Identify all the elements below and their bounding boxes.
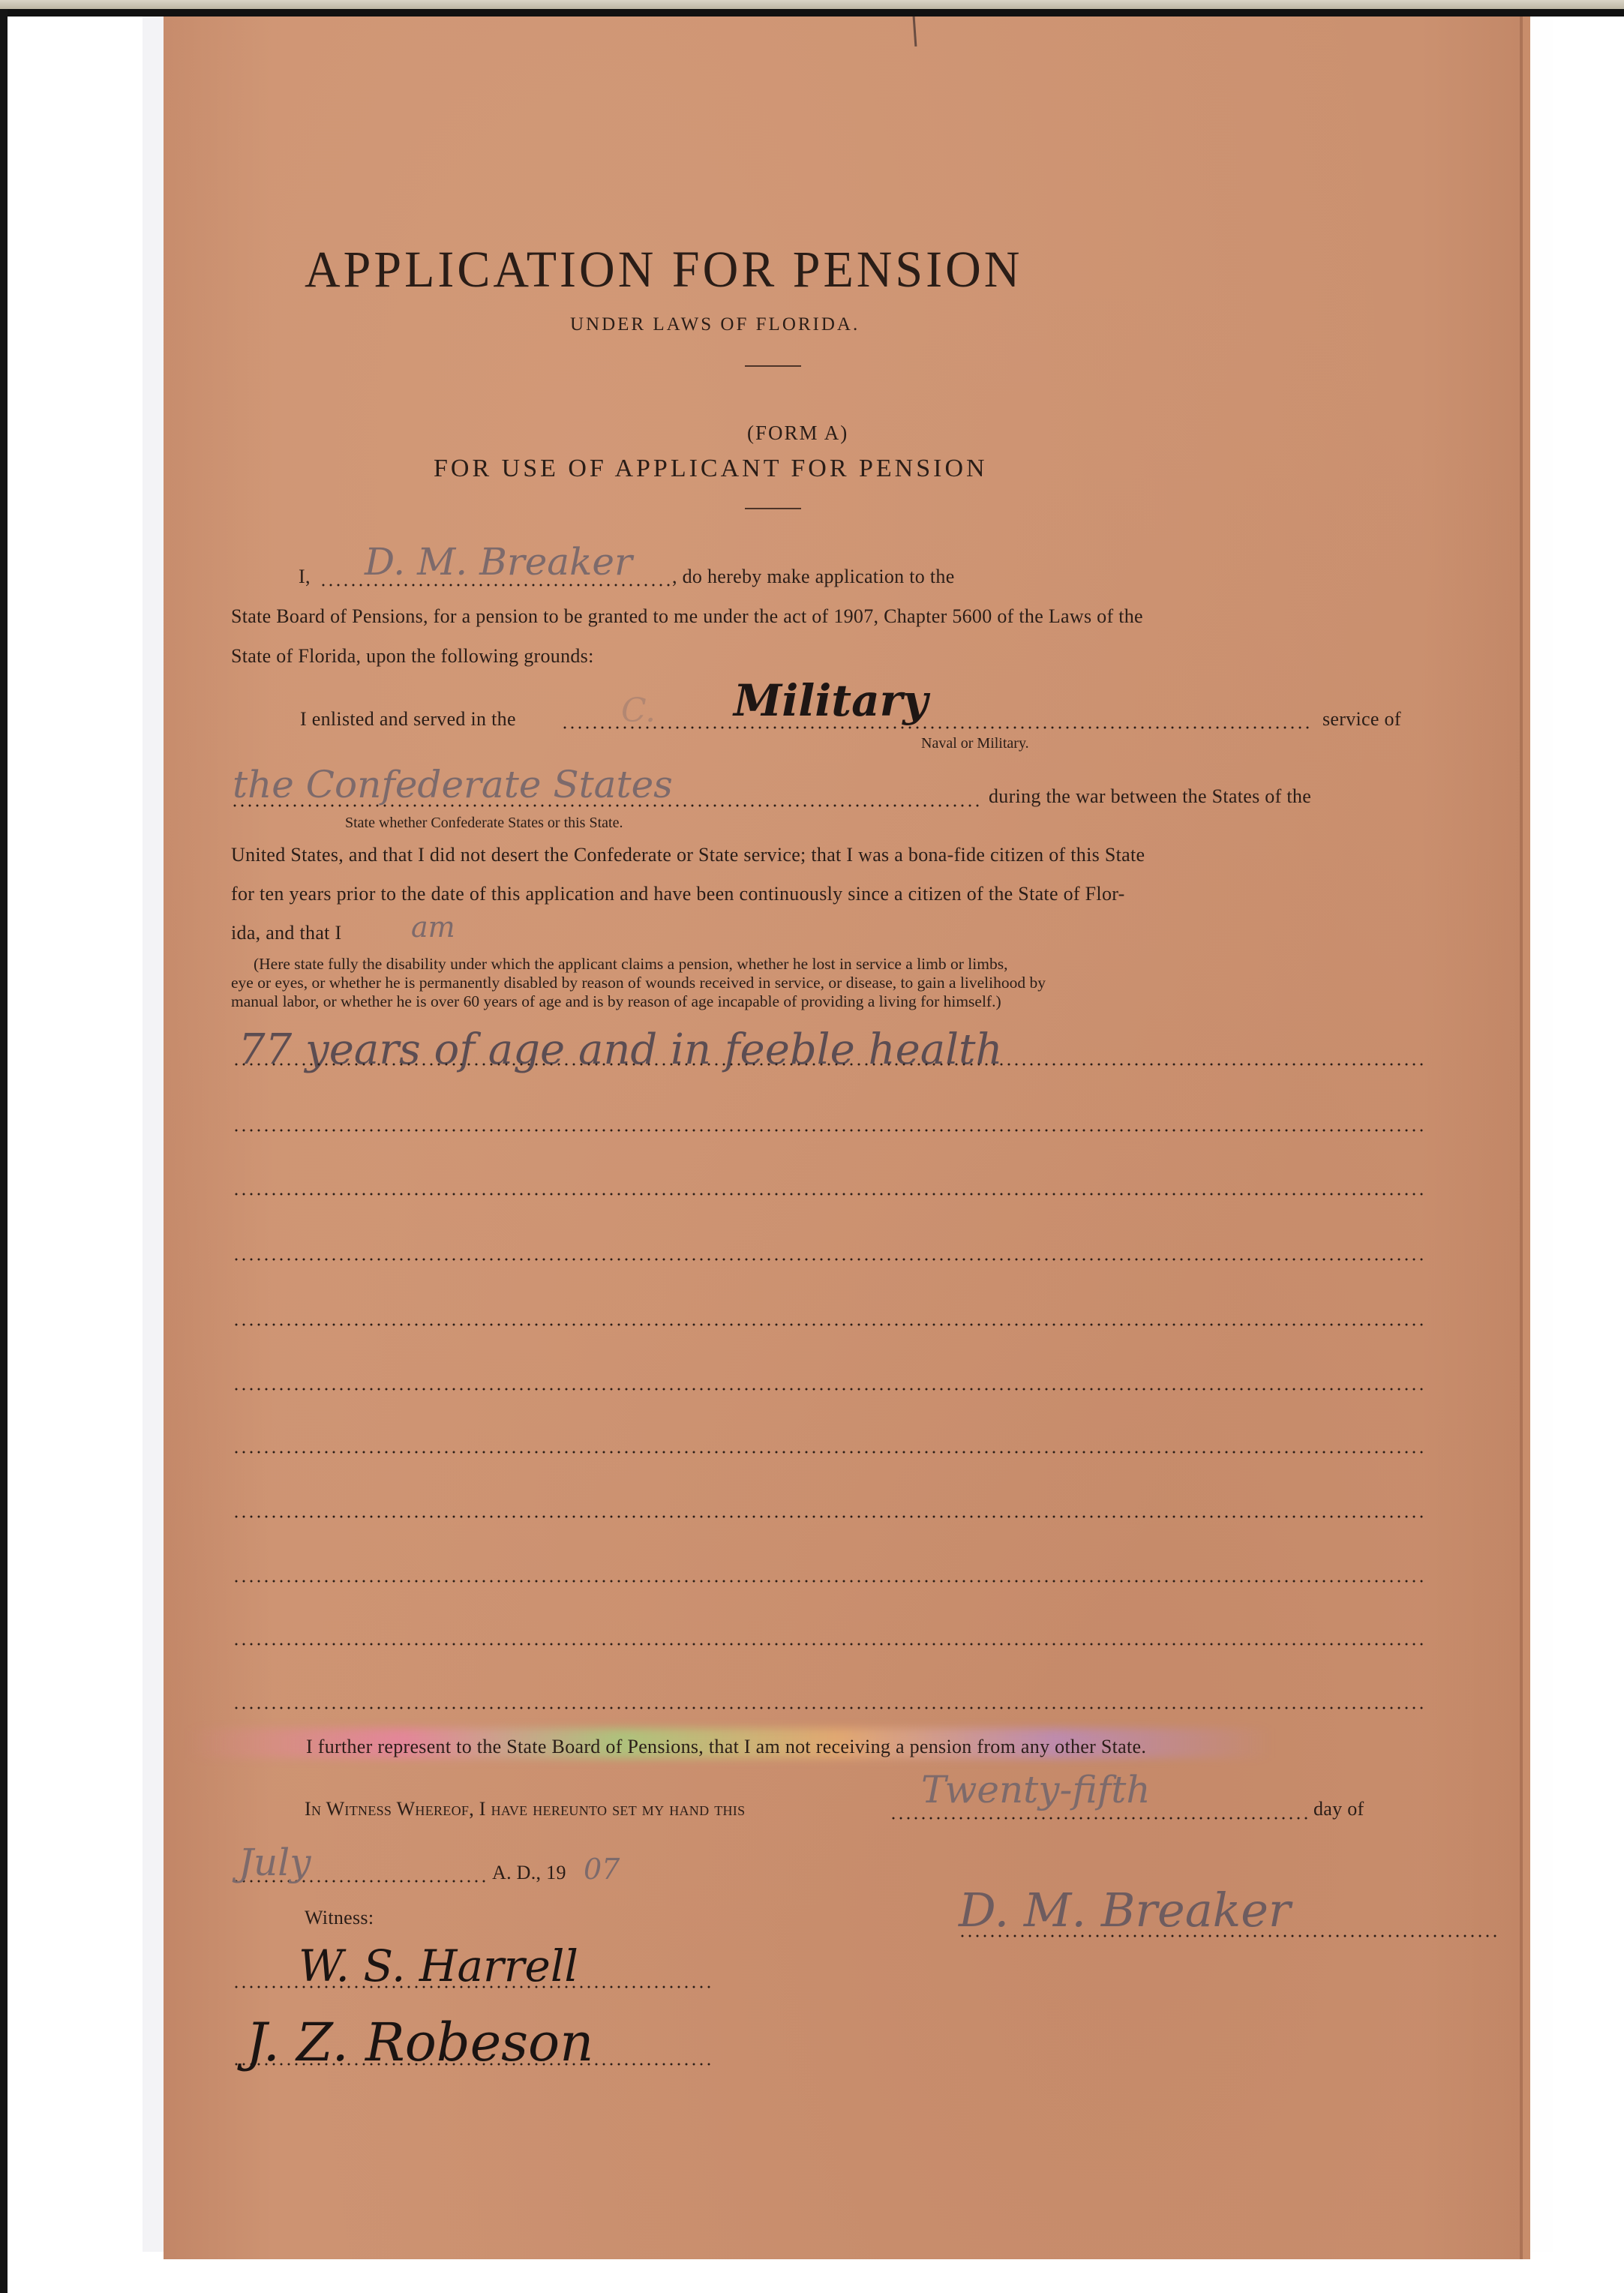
service-type-line xyxy=(561,726,1311,729)
paragraph-line: State Board of Pensions, for a pension t… xyxy=(231,605,1143,628)
declaration-line: ida, and that I xyxy=(231,922,341,944)
witness-signature[interactable]: J. Z. Robeson xyxy=(246,2012,593,2073)
page-subtitle: UNDER LAWS OF FLORIDA. xyxy=(570,314,860,335)
day-field[interactable]: Twenty-fifth xyxy=(921,1768,1151,1811)
blank-line[interactable] xyxy=(233,1388,1425,1391)
year-prefix: A. D., 19 xyxy=(492,1862,566,1884)
service-type-hint: Naval or Military. xyxy=(921,735,1029,752)
service-suffix: service of xyxy=(1322,708,1401,731)
scanner-top-edge xyxy=(0,0,1624,9)
declaration-line: for ten years prior to the date of this … xyxy=(231,883,1125,905)
day-suffix: day of xyxy=(1313,1798,1364,1820)
year-field[interactable]: 07 xyxy=(584,1853,620,1886)
paragraph-line: State of Florida, upon the following gro… xyxy=(231,645,594,668)
blank-line[interactable] xyxy=(233,1323,1425,1326)
pension-application-form: APPLICATION FOR PENSION UNDER LAWS OF FL… xyxy=(164,17,1530,2259)
representation-statement: I further represent to the State Board o… xyxy=(306,1736,1146,1758)
ornament-rule xyxy=(745,365,801,367)
blank-line[interactable] xyxy=(233,1706,1425,1709)
blank-line[interactable] xyxy=(233,1258,1425,1261)
struck-text: C. xyxy=(621,692,656,730)
condition-field[interactable]: am xyxy=(411,911,455,944)
statement-line xyxy=(233,1063,1425,1066)
form-purpose-heading: FOR USE OF APPLICANT FOR PENSION xyxy=(434,455,988,483)
day-line xyxy=(890,1817,1310,1820)
instruction-line: (Here state fully the disability under w… xyxy=(254,954,1007,974)
month-field[interactable]: July xyxy=(239,1841,311,1884)
blank-line[interactable] xyxy=(233,1515,1425,1518)
declaration-line: United States, and that I did not desert… xyxy=(231,844,1145,866)
scanner-top-bar xyxy=(0,9,1624,17)
ornament-rule-2 xyxy=(745,508,801,509)
applicant-name-field[interactable]: D. M. Breaker xyxy=(365,540,632,584)
instruction-line: eye or eyes, or whether he is permanentl… xyxy=(231,973,1046,992)
applicant-name-line xyxy=(320,584,672,587)
paper-right-flap xyxy=(1523,17,1530,2259)
scanner-left-bar xyxy=(0,9,8,2293)
blank-line[interactable] xyxy=(233,1580,1425,1583)
instruction-line: manual labor, or whether he is over 60 y… xyxy=(231,992,1001,1011)
applicant-signature[interactable]: D. M. Breaker xyxy=(959,1883,1291,1937)
blank-line[interactable] xyxy=(233,1129,1425,1132)
page-title: APPLICATION FOR PENSION xyxy=(305,240,1022,300)
witness-clause: In Witness Whereof, I have hereunto set … xyxy=(305,1798,745,1820)
service-of-hint: State whether Confederate States or this… xyxy=(345,815,623,832)
blank-line[interactable] xyxy=(233,1643,1425,1646)
disability-statement-field[interactable]: 77 years of age and in feeble health xyxy=(239,1025,1003,1074)
service-of-suffix: during the war between the States of the xyxy=(989,785,1311,808)
blank-line[interactable] xyxy=(233,1451,1425,1454)
blank-line[interactable] xyxy=(233,1193,1425,1196)
service-of-field[interactable]: the Confederate States xyxy=(233,763,673,806)
service-prefix: I enlisted and served in the xyxy=(300,708,516,731)
witness-signature[interactable]: W. S. Harrell xyxy=(299,1940,578,1991)
witness-label: Witness: xyxy=(305,1907,374,1929)
service-type-field[interactable]: Military xyxy=(734,675,928,726)
applicant-prefix: I, xyxy=(299,566,311,588)
applicant-line-suffix: , do hereby make application to the xyxy=(672,566,955,588)
paper-tear xyxy=(913,17,917,47)
form-label: (FORM A) xyxy=(747,422,848,445)
